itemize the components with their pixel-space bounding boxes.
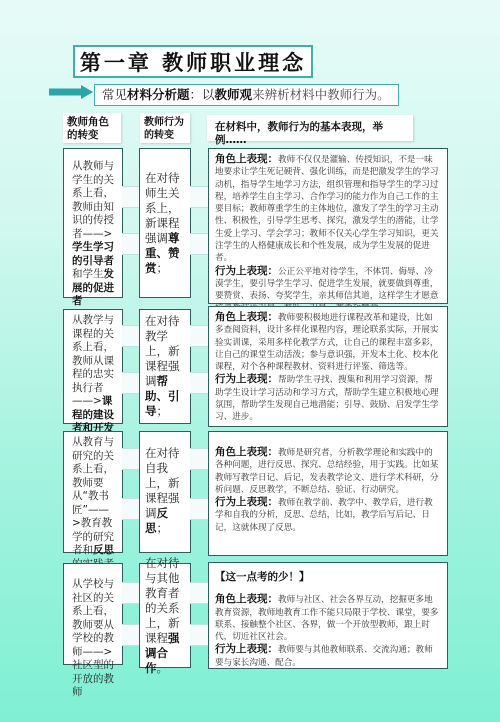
row1-behavior-change: 在对待师生关系上，新课程强调尊重、赞赏； bbox=[139, 148, 191, 298]
column-header-examples: 在材料中，教师行为的基本表现，举例…… bbox=[207, 115, 413, 141]
row1-role-bold: 学生学习的引导者 bbox=[72, 241, 114, 267]
row2-behavior-label: 行为上表现： bbox=[215, 373, 278, 385]
row3-behavior-label: 行为上表现： bbox=[215, 496, 278, 508]
subtitle-prefix: 常见 bbox=[102, 87, 127, 102]
row1-role-plain2: 和学生 bbox=[72, 268, 104, 280]
row1-behavior-label: 行为上表现： bbox=[215, 265, 278, 277]
row2-examples: 角色上表现：教师要积极地进行课程改革和建设，比如多查阅资料，设计多样化课程内容，… bbox=[208, 306, 448, 427]
row1-examples: 角色上表现：教师不仅仅是灌输、传授知识，不是一味地要求让学生死记硬背、强化训练，… bbox=[208, 148, 448, 304]
row2-behavior-tail: ； bbox=[157, 404, 169, 418]
row3-role-bold: 反思 bbox=[93, 544, 114, 556]
subtitle-box: 常见材料分析题：以教师观来辨析材料中教师行为。 bbox=[94, 84, 399, 106]
row3-examples: 角色上表现：教师是研究者，分析教学理论和实践中的各种问题，进行反思、探究、总结经… bbox=[208, 431, 448, 556]
row2-role-change: 从教学与课程的关系上看，教师从课程的忠实执行者——>课程的建设者和开发者 bbox=[63, 309, 123, 424]
subtitle-bold-material: 材料分析题 bbox=[127, 87, 190, 102]
column-header-behavior-change: 教师行为的转变 bbox=[140, 113, 190, 143]
row4-role-plain: 从学校与社区的关系上看，教师要从学校的教师——>社区型的开放的教师 bbox=[72, 578, 114, 698]
row3-role-plain: 从教育与研究的关系上看，教师要从“教书匠”——>教育教学的研究者和 bbox=[72, 436, 114, 556]
row3-behavior-tail: ； bbox=[157, 521, 169, 535]
row4-role-label: 角色上表现： bbox=[215, 593, 278, 605]
chapter-title-box: 第一章 教师职业理念 bbox=[73, 45, 313, 78]
row4-note: 【这一点考的少！】 bbox=[215, 571, 441, 583]
row1-role-change: 从教师与学生的关系上看，教师由知识的传授者——>学生学习的引导者和学生发展的促进… bbox=[63, 148, 123, 298]
row4-examples: 【这一点考的少！】 角色上表现：教师与社区、社会各界互动，挖掘更多地教育资源，教… bbox=[208, 562, 448, 669]
row4-behavior-tail: 。 bbox=[157, 661, 169, 675]
row1-role-label: 角色上表现： bbox=[215, 153, 278, 165]
row2-role-plain: 从教学与课程的关系上看，教师从课程的忠实执行者——> bbox=[72, 314, 114, 407]
row3-role-change: 从教育与研究的关系上看，教师要从“教书匠”——>教育教学的研究者和反思的实践者 bbox=[63, 431, 123, 553]
row4-role-change: 从学校与社区的关系上看，教师要从学校的教师——>社区型的开放的教师 bbox=[63, 563, 123, 665]
row4-behavior-label: 行为上表现： bbox=[215, 643, 278, 655]
row1-role-text: 教师不仅仅是灌输、传授知识，不是一味地要求让学生死记硬背、强化训练，而是把激发学… bbox=[215, 155, 438, 263]
row1-behavior-tail: ； bbox=[157, 261, 169, 275]
subtitle-mid: ：以 bbox=[190, 87, 215, 102]
chapter-title: 第一章 教师职业理念 bbox=[80, 47, 306, 77]
row1-role-plain: 从教师与学生的关系上看，教师由知识的传授者——> bbox=[72, 160, 114, 240]
row2-behavior-change: 在对待教学上，新课程强调帮助、引导； bbox=[139, 309, 191, 424]
subtitle-bold-teacher-view: 教师观 bbox=[215, 87, 253, 102]
subtitle-rest: 来辨析材料中教师行为。 bbox=[252, 87, 390, 102]
column-header-role-change: 教师角色的转变 bbox=[63, 113, 121, 143]
arrow-right-icon bbox=[49, 85, 93, 99]
row3-behavior-change: 在对待自我上，新课程强调反思； bbox=[139, 431, 191, 553]
row4-behavior-change: 在对待与其他教育者的关系上，新课程强调合作。 bbox=[139, 563, 191, 668]
row2-role-label: 角色上表现： bbox=[215, 311, 278, 323]
row3-role-label: 角色上表现： bbox=[215, 446, 278, 458]
